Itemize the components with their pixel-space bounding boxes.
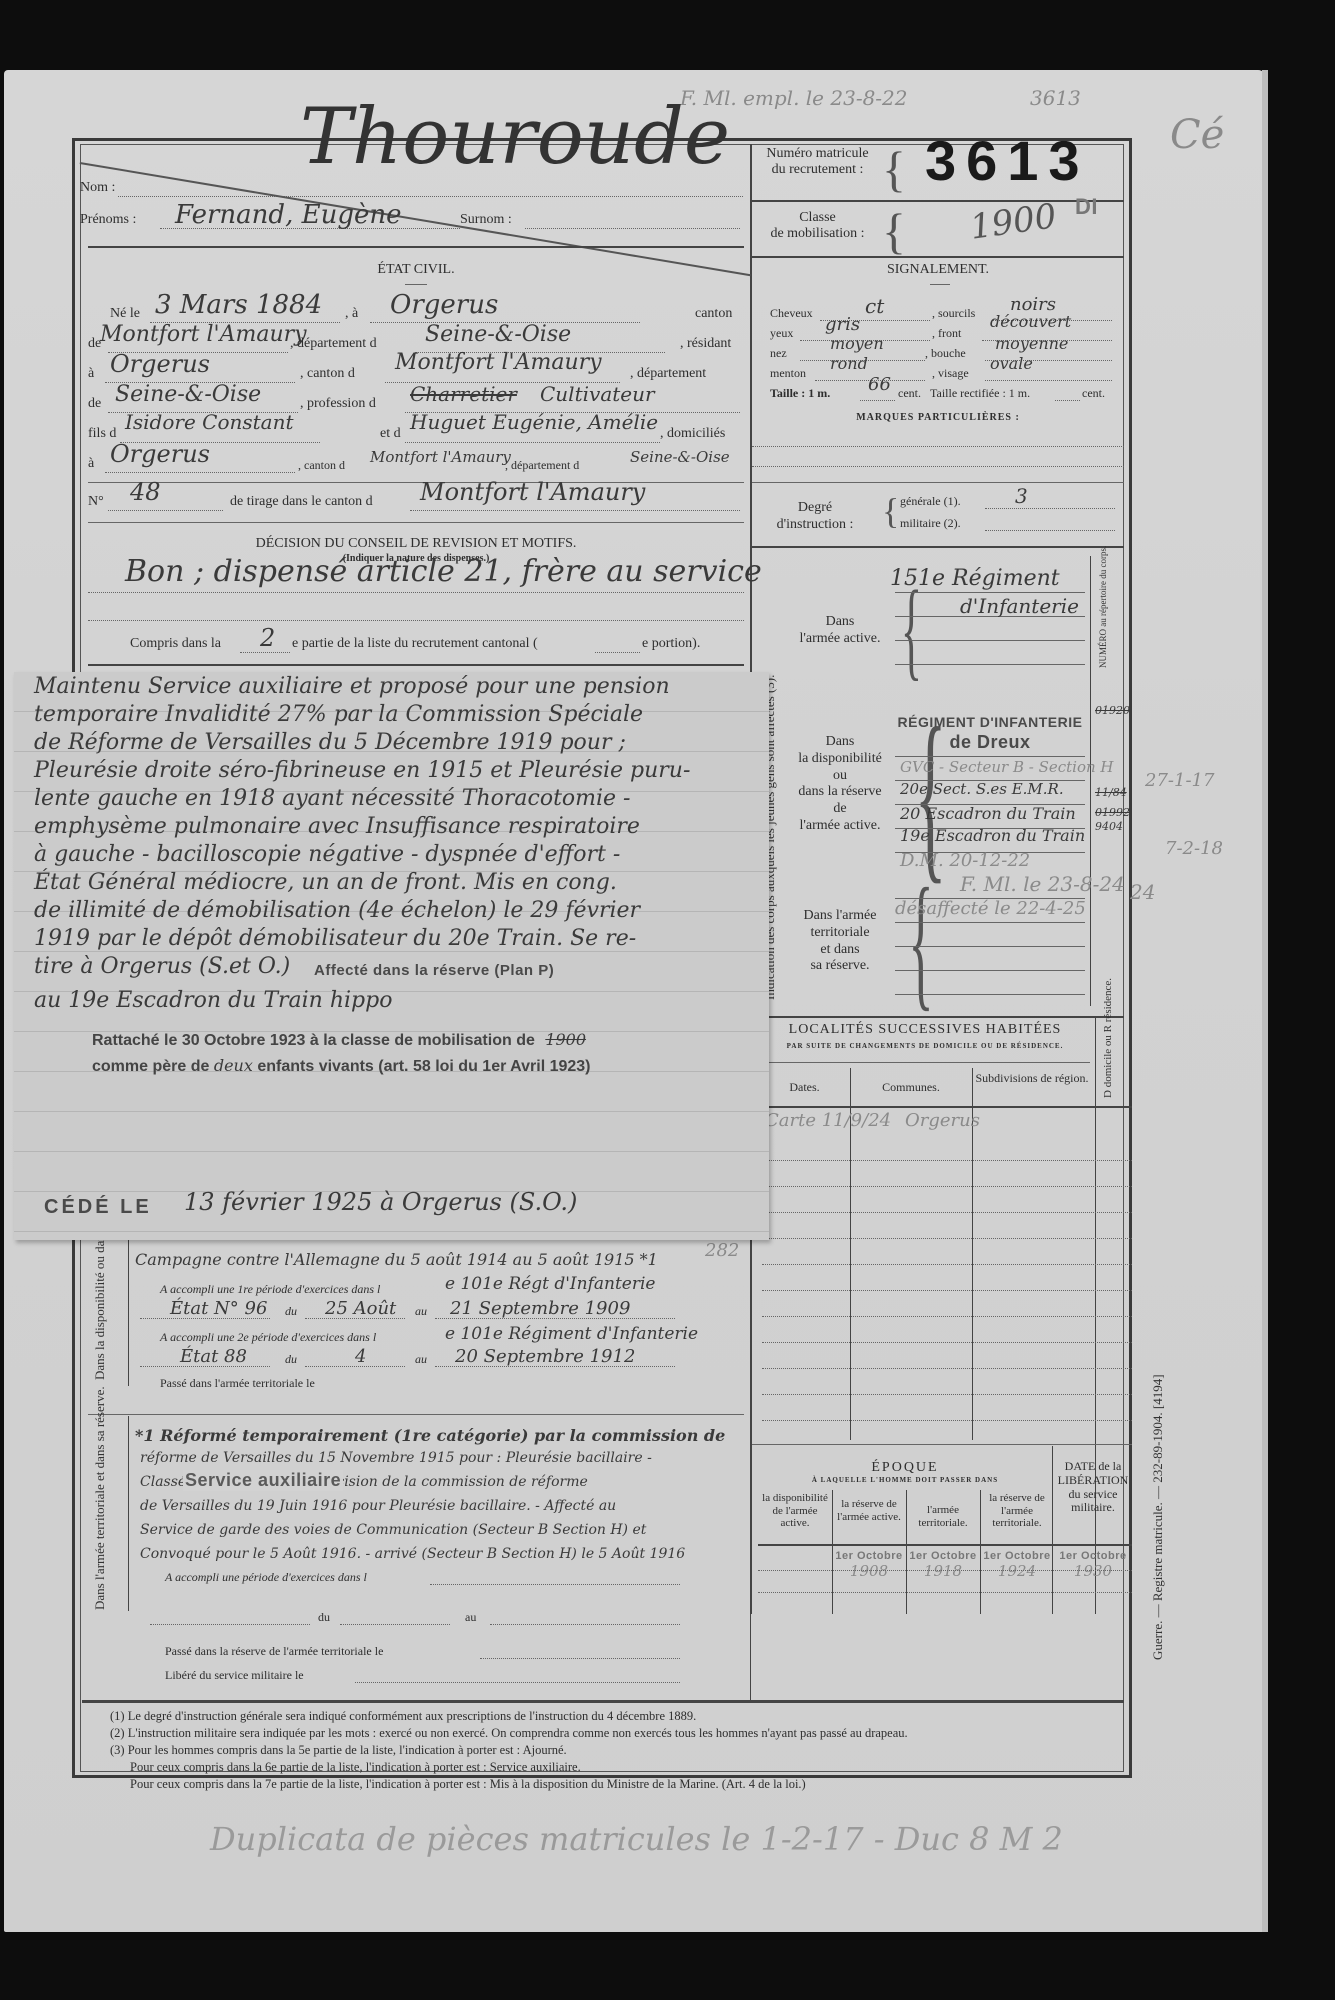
periode2-etat: État 88 (180, 1346, 247, 1367)
ruled-line (758, 1592, 1132, 1593)
campagne-margin-note: 282 (705, 1240, 739, 1261)
classe-label-line2: de mobilisation : (755, 226, 880, 242)
col-divider (1052, 1446, 1053, 1614)
taille-value: 66 (868, 374, 891, 395)
header-rule (762, 1062, 1090, 1063)
disponibilite-label-line2: la disponibilité (790, 751, 890, 768)
ruled-line (762, 1368, 1132, 1369)
disponibilite-label: Dans la disponibilité ou dans la réserve… (790, 734, 890, 835)
libere-label: Libéré du service militaire le (165, 1668, 304, 1683)
ruled-line (895, 994, 1085, 995)
campagne-text: Campagne contre l'Allemagne du 5 août 19… (135, 1250, 658, 1269)
disponibilite-label-line4: dans la réserve (790, 784, 890, 801)
numero-value-1: 01920 (1095, 704, 1130, 717)
disponibilite-escadron-20: 20 Escadron du Train (900, 804, 1076, 823)
decision-line2 (88, 620, 744, 621)
periode1-value: e 101e Régt d'Infanterie (445, 1274, 655, 1294)
ruled-line (762, 1394, 1132, 1395)
pasted-slip: Maintenu Service auxiliaire et proposé p… (14, 672, 769, 1240)
cheveux-value: ct (865, 294, 884, 318)
localites-col-communes: Communes. (852, 1080, 970, 1095)
brace: { (882, 140, 906, 198)
taille-rect-line (1055, 400, 1080, 401)
col-divider (906, 1490, 907, 1614)
taille-rect-label: Taille rectifiée : 1 m. (930, 386, 1030, 401)
taille-rect-cent: cent. (1082, 386, 1105, 401)
cede-value: 13 février 1925 à Orgerus (S.O.) (184, 1188, 577, 1216)
mere-label: et d (380, 426, 401, 442)
yeux-value: gris (825, 314, 860, 335)
ruled-line (762, 1264, 1132, 1265)
visage-label: , visage (932, 366, 969, 381)
nom-value: Thouroude (300, 92, 730, 182)
periode1-au: 21 Septembre 1909 (450, 1298, 630, 1319)
numero-value-3: 01992 (1095, 806, 1130, 819)
slip-line-6: emphysème pulmonaire avec Insuffisance r… (34, 814, 640, 839)
epoque-liberation-year: 1930 (1055, 1562, 1131, 1580)
title-rule (930, 284, 950, 285)
territoriale-periode-label: A accompli une période d'exercices dans … (165, 1570, 367, 1585)
footnotes: (1) Le degré d'instruction générale sera… (110, 1708, 908, 1793)
territoriale-value-1: F. Ml. le 23-8-24 (960, 872, 1125, 896)
periode1-label: A accompli une 1re période d'exercices d… (160, 1282, 380, 1297)
portion-line (595, 652, 640, 653)
title-rule (405, 284, 427, 285)
dr-label: D domicile ou R résidence. (1102, 978, 1114, 1098)
margin-mark: Cé (1170, 112, 1224, 158)
territoriale-du-label: du (318, 1610, 330, 1625)
localite-date: Carte 11/9/24 (765, 1110, 891, 1131)
instruction-label: Degré d'instruction : (760, 500, 870, 534)
etat-civil-title: ÉTAT CIVIL. (88, 262, 744, 278)
tirage-no-label: N° (88, 494, 104, 510)
ruled-line (895, 946, 1085, 947)
de2-label: de (88, 396, 101, 412)
classe-label: Classe de mobilisation : (755, 210, 880, 242)
epoque-cell-liberation: 1er Octobre 1930 (1055, 1550, 1131, 1580)
epoque-cell-3-year: 1918 (908, 1562, 978, 1580)
dom-a-label: à (88, 456, 94, 472)
profession-label: , profession d (300, 396, 376, 412)
epoque-cell-3: 1er Octobre 1918 (908, 1550, 978, 1580)
periode1-du-label: du (285, 1304, 297, 1319)
nez-value: moyen (830, 334, 884, 353)
reforme-line-5: Service de garde des voies de Communicat… (140, 1522, 646, 1538)
brace: { (882, 202, 906, 260)
territoriale-label-line3: et dans (790, 942, 890, 959)
compris-line (240, 652, 290, 653)
menton-value: rond (830, 354, 868, 373)
armee-active-value-2: d'Infanterie (960, 594, 1079, 618)
slip-line-8: État Général médiocre, un an de front. M… (34, 870, 617, 895)
slip-line-10: 1919 par le dépôt démobilisateur du 20e … (34, 926, 636, 951)
ruled-line (762, 1290, 1132, 1291)
ruled-line (895, 922, 1085, 923)
territoriale-value-2: désaffecté le 22-4-25 (895, 898, 1086, 919)
disponibilite-gvc: GVC - Secteur B - Section H (900, 758, 1114, 776)
reforme-line-2: réforme de Versailles du 15 Novembre 191… (140, 1450, 652, 1466)
marques-title: MARQUES PARTICULIÈRES : (752, 412, 1124, 423)
nez-label: nez (770, 346, 787, 361)
compris-suffix: e partie de la liste du recrutement cant… (292, 636, 538, 652)
residant-value: Orgerus (110, 350, 210, 378)
epoque-title: ÉPOQUE (760, 1460, 1050, 1476)
cede-stamp: CÉDÉ LE (44, 1196, 152, 1219)
col-divider (832, 1490, 833, 1614)
lieu-naissance-value: Orgerus (390, 290, 498, 320)
portion-suffix: e portion). (642, 636, 700, 652)
footnote-rule (82, 1700, 1124, 1703)
rattache-text: Rattaché le 30 Octobre 1923 à la classe … (92, 1032, 535, 1049)
divider (752, 256, 1124, 258)
divider (88, 246, 744, 248)
divider (88, 664, 744, 666)
slip-line-2: temporaire Invalidité 27% par la Commiss… (34, 702, 643, 727)
periode1-du: 25 Août (325, 1298, 396, 1319)
ruled-line (762, 1342, 1132, 1343)
residant-a-label: à (88, 366, 94, 382)
departement-value: Seine-&-Oise (425, 322, 571, 347)
numero-label: NUMÉRO au répertoire du corps. (1098, 546, 1108, 668)
periode2-au-label: au (415, 1352, 427, 1367)
ne-le-label: Né le (110, 306, 140, 322)
armee-active-value-1: 151e Régiment (890, 566, 1060, 591)
matricule-label: Numéro matricule du recrutement : (755, 146, 880, 178)
a-label: , à (345, 306, 358, 322)
ruled-line (895, 640, 1085, 641)
canton3-label: , canton d (298, 458, 345, 473)
instruction-generale-line (985, 508, 1115, 509)
classe-stamp: DI (1075, 194, 1098, 220)
localite-commune: Orgerus (905, 1110, 980, 1131)
canton3-value: Montfort l'Amaury (370, 448, 511, 466)
territoriale-au-value-line (490, 1624, 680, 1625)
departement2-label: , département (630, 366, 706, 382)
epoque-cell-2: 1er Octobre 1908 (834, 1550, 904, 1580)
epoque-col-3: l'armée territoriale. (908, 1504, 978, 1529)
departement2-value: Seine-&-Oise (115, 382, 261, 407)
armee-active-label: Dans l'armée active. (790, 614, 890, 648)
disponibilite-stamp: RÉGIMENT D'INFANTERIE (895, 714, 1085, 730)
classe-label-line1: Classe (755, 210, 880, 226)
slip-line-7: à gauche - bacilloscopie négative - dysp… (34, 842, 620, 867)
footnote-2: (2) L'instruction militaire sera indiqué… (110, 1725, 908, 1742)
passe-reserve-label: Passé dans la réserve de l'armée territo… (165, 1644, 383, 1659)
profession-struck: Charretier (410, 382, 517, 406)
periode2-du-label: du (285, 1352, 297, 1367)
affecte-stamp: Affecté dans la réserve (Plan P) (314, 962, 554, 979)
rattache-value: 1900 (545, 1030, 586, 1049)
canton-value: Montfort l'Amaury (100, 322, 307, 347)
ruled-line (762, 1238, 1132, 1239)
sourcils-label: , sourcils (932, 306, 975, 321)
decision-value: Bon ; dispensé article 21, frère au serv… (125, 554, 762, 589)
brace: { (882, 490, 899, 532)
col-divider (980, 1490, 981, 1614)
instruction-generale-value: 3 (1015, 484, 1028, 508)
taille-line (860, 400, 895, 401)
compris-label: Compris dans la (130, 636, 221, 652)
decision-line1 (88, 592, 744, 593)
section-divider (128, 1236, 129, 1386)
ruled-line (758, 1570, 1132, 1571)
periode2-label: A accompli une 2e période d'exercices da… (160, 1330, 376, 1345)
divider (88, 1414, 744, 1415)
territoriale-du-line (150, 1624, 310, 1625)
residant-label: , résidant (680, 336, 731, 352)
ne-le-value: 3 Mars 1884 (155, 290, 322, 320)
passe-reserve-line (480, 1658, 680, 1659)
tirage-label: de tirage dans le canton d (230, 494, 373, 510)
page-edge (1262, 70, 1268, 1932)
footnote-1: (1) Le degré d'instruction générale sera… (110, 1708, 908, 1725)
epoque-cell-4-year: 1924 (982, 1562, 1052, 1580)
bouche-value: moyenne (995, 334, 1068, 353)
pere-value: Isidore Constant (125, 410, 294, 434)
numero-value-2: 11/84 (1095, 786, 1127, 799)
rattache-line: Rattaché le 30 Octobre 1923 à la classe … (92, 1030, 586, 1050)
divider (752, 1016, 1124, 1018)
epoque-cell-3-day: 1er Octobre (908, 1550, 978, 1562)
domicilies-label: , domiciliés (660, 426, 725, 442)
header-rule (762, 1106, 1132, 1108)
territoriale-label: Dans l'armée territoriale et dans sa rés… (790, 908, 890, 975)
instruction-generale-label: générale (1). (900, 494, 961, 509)
territoriale-au-label: au (465, 1610, 476, 1625)
divider (752, 546, 1124, 548)
header-rule (758, 1544, 1132, 1546)
bouche-label: , bouche (925, 346, 966, 361)
dom-line (105, 472, 295, 473)
dom-value: Orgerus (110, 440, 210, 468)
localites-title: LOCALITÉS SUCCESSIVES HABITÉES (760, 1022, 1090, 1038)
service-auxiliaire-stamp: Service auxiliaire (183, 1470, 343, 1491)
epoque-date-liberation-header: DATE de la LIBÉRATION du service militai… (1055, 1460, 1131, 1515)
footnote-3: (3) Pour les hommes compris dans la 5e p… (110, 1742, 908, 1759)
periode1-etat: État N° 96 (170, 1298, 267, 1319)
surnom-label: Surnom : (460, 212, 512, 228)
mere-line (405, 442, 660, 443)
duplicata-note: Duplicata de pièces matricules le 1-2-17… (210, 1820, 1063, 1858)
tirage-canton-value: Montfort l'Amaury (420, 478, 645, 506)
ruled-line (762, 1420, 1132, 1421)
footnote-5: Pour ceux compris dans la 7e partie de l… (110, 1776, 908, 1793)
passe-territoriale-label: Passé dans l'armée territoriale le (160, 1376, 315, 1391)
periode2-au: 20 Septembre 1912 (455, 1346, 635, 1367)
disponibilite-label-line1: Dans (790, 734, 890, 751)
disponibilite-label-line6: l'armée active. (790, 818, 890, 835)
territoriale-label-line1: Dans l'armée (790, 908, 890, 925)
compris-value: 2 (260, 624, 275, 652)
affecte-hand: au 19e Escadron du Train hippo (34, 988, 392, 1013)
territoriale-section-label: Dans l'armée territoriale et dans sa rés… (92, 1386, 108, 1610)
territoriale-label-line4: sa réserve. (790, 958, 890, 975)
territoriale-du-value-line (340, 1624, 450, 1625)
visage-value: ovale (990, 354, 1033, 373)
canton2-label: , canton d (300, 366, 355, 382)
mere-value: Huguet Eugénie, Amélie (410, 410, 658, 434)
margin-date-2: 7-2-18 (1165, 838, 1223, 859)
surnom-line (525, 228, 740, 229)
yeux-label: yeux (770, 326, 793, 341)
slip-line-5: lente gauche en 1918 ayant nécessité Tho… (34, 786, 631, 811)
matricule-number: 3613 (925, 128, 1090, 193)
prenoms-value: Fernand, Eugène (175, 200, 401, 230)
reforme-line-6: Convoqué pour le 5 Août 1916. - arrivé (… (140, 1546, 685, 1562)
instruction-militaire-label: militaire (2). (900, 516, 961, 531)
footnote-4: Pour ceux compris dans la 6e partie de l… (110, 1759, 908, 1776)
instruction-militaire-line (985, 530, 1115, 531)
reforme-line-4: de Versailles du 19 Juin 1916 pour Pleur… (140, 1498, 616, 1514)
tirage-canton-line (410, 510, 740, 511)
periode2-du: 4 (355, 1346, 366, 1367)
departement-label: , département d (290, 336, 377, 352)
divider (88, 482, 744, 483)
libere-line (355, 1682, 680, 1683)
front-value: découvert (990, 312, 1071, 331)
ruled-line (895, 970, 1085, 971)
numero-divider (1090, 556, 1091, 1006)
periode2-value: e 101e Régiment d'Infanterie (445, 1324, 698, 1344)
epoque-col-4: la réserve de l'armée territoriale. (982, 1492, 1052, 1530)
tirage-no-value: 48 (130, 478, 161, 506)
pere-suffix: enfants vivants (art. 58 loi du 1er Avri… (257, 1058, 590, 1075)
pere-value: deux (214, 1056, 253, 1075)
numero-value-4: 9404 (1095, 820, 1123, 833)
menton-label: menton (770, 366, 806, 381)
tirage-no-line (108, 510, 223, 511)
taille-cent: cent. (898, 386, 921, 401)
column-divider (750, 1614, 751, 1700)
margin-date-1: 27-1-17 (1145, 770, 1214, 791)
instruction-label-line2: d'instruction : (760, 517, 870, 534)
cheveux-label: Cheveux (770, 306, 813, 321)
ruled-line (895, 592, 1085, 593)
nom-line (118, 196, 743, 197)
epoque-cell-2-year: 1908 (834, 1562, 904, 1580)
margin-date-3: 24 (1130, 880, 1155, 904)
matricule-label-line2: du recrutement : (755, 162, 880, 178)
instruction-label-line1: Degré (760, 500, 870, 517)
slip-line-11: tire à Orgerus (S.et O.) (34, 954, 290, 979)
marques-line2 (752, 466, 1124, 467)
matricule-label-line1: Numéro matricule (755, 146, 880, 162)
section-divider (128, 1416, 129, 1611)
epoque-subtitle: À LAQUELLE L'HOMME DOIT PASSER DANS (760, 1476, 1050, 1484)
slip-line-4: Pleurésie droite séro-fibrineuse en 1915… (34, 758, 690, 783)
localites-col-dates: Dates. (762, 1080, 847, 1095)
departement3-value: Seine-&-Oise (630, 448, 730, 466)
visage-line (985, 380, 1112, 381)
ruled-line (762, 1160, 1132, 1161)
epoque-liberation-day: 1er Octobre (1055, 1550, 1131, 1562)
pere-prefix: comme père de (92, 1058, 209, 1075)
nom-label: Nom : (80, 180, 115, 196)
pere-line: comme père de deux enfants vivants (art.… (92, 1056, 591, 1076)
disponibilite-label-line5: de (790, 801, 890, 818)
divider (752, 200, 1124, 202)
ruled-line (762, 1186, 1132, 1187)
epoque-cell-4: 1er Octobre 1924 (982, 1550, 1052, 1580)
armee-active-label-line2: l'armée active. (790, 631, 890, 648)
reforme-line-1: *1 Réformé temporairement (1re catégorie… (135, 1426, 725, 1445)
profession-value: Cultivateur (540, 382, 655, 406)
slip-line-9: de illimité de démobilisation (4e échelo… (34, 898, 640, 923)
epoque-col-1: la disponibilité de l'armée active. (760, 1492, 830, 1530)
ruled-line (895, 756, 1085, 757)
pencil-number: 3613 (1030, 86, 1081, 110)
localites-col-subdivisions: Subdivisions de région. (974, 1072, 1090, 1085)
taille-label: Taille : 1 m. (770, 386, 830, 401)
epoque-cell-2-day: 1er Octobre (834, 1550, 904, 1562)
localites-subtitle: PAR SUITE DE CHANGEMENTS DE DOMICILE OU … (760, 1042, 1090, 1050)
divider (88, 522, 744, 523)
front-label: , front (932, 326, 961, 341)
slip-line-1: Maintenu Service auxiliaire et proposé p… (34, 674, 670, 699)
armee-active-label-line1: Dans (790, 614, 890, 631)
disponibilite-dreux: de Dreux (895, 732, 1085, 753)
epoque-cell-4-day: 1er Octobre (982, 1550, 1052, 1562)
slip-line-3: de Réforme de Versailles du 5 Décembre 1… (34, 730, 626, 755)
territoriale-periode-line (430, 1584, 680, 1585)
ruled-line (762, 1316, 1132, 1317)
decision-title: DÉCISION DU CONSEIL DE REVISION ET MOTIF… (88, 536, 744, 552)
disponibilite-escadron-19: 19e Escadron du Train (900, 826, 1085, 845)
ruled-line (762, 1212, 1132, 1213)
disponibilite-label-line3: ou (790, 768, 890, 785)
marques-line1 (752, 446, 1124, 447)
divider (752, 1444, 1132, 1445)
epoque-col-2: la réserve de l'armée active. (834, 1498, 904, 1523)
disponibilite-sect: 20e Sect. S.es E.M.R. (900, 780, 1064, 798)
signalement-title: SIGNALEMENT. (752, 262, 1124, 278)
ruled-line (895, 664, 1085, 665)
canton-label: canton (695, 306, 732, 322)
printer-mark: Guerre. — Registre matricule. — 232-89-1… (1150, 1374, 1166, 1660)
canton2-value: Montfort l'Amaury (395, 350, 602, 375)
periode1-au-label: au (415, 1304, 427, 1319)
territoriale-label-line2: territoriale (790, 925, 890, 942)
prenoms-label: Prénoms : (80, 212, 136, 228)
divider (752, 482, 1124, 483)
departement3-label: , département d (505, 458, 579, 473)
dreux-value: de Dreux (949, 732, 1030, 752)
